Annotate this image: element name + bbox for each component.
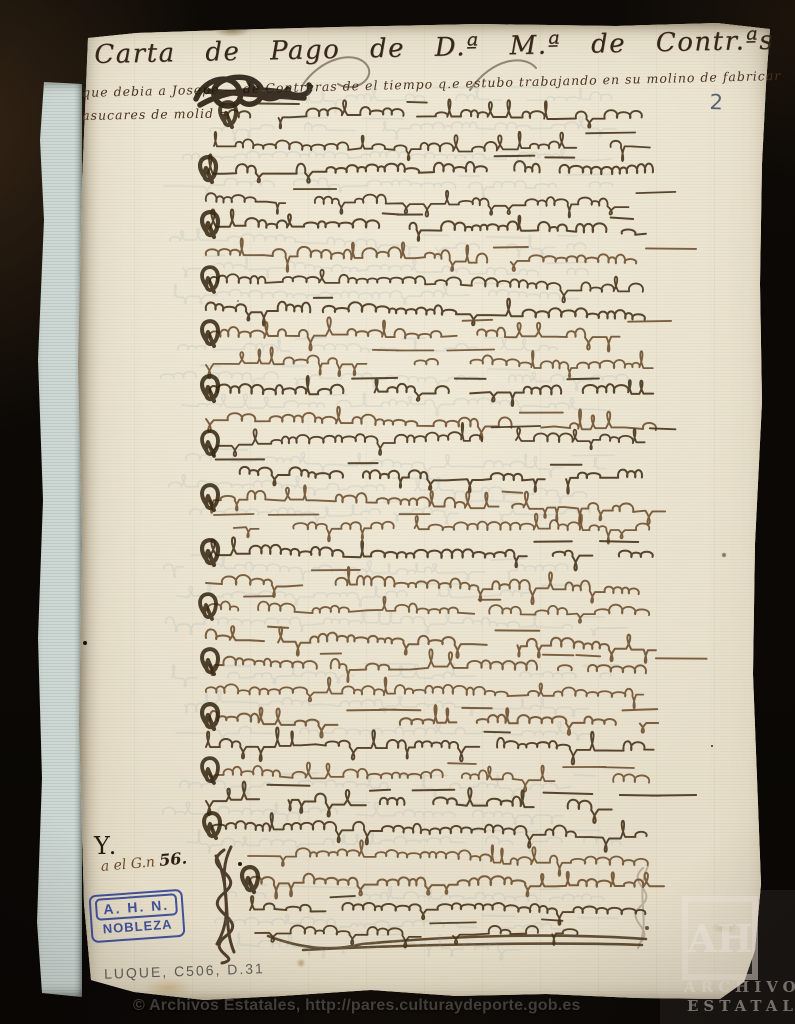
logo-initials-box: AH bbox=[682, 896, 758, 980]
ahn-nobleza-stamp: A. H. N. NOBLEZA bbox=[88, 889, 185, 943]
copyright-watermark: © Archivos Estatales, http://pares.cultu… bbox=[133, 997, 581, 1015]
page-number: 2 bbox=[709, 90, 723, 114]
margin-note-number: 56. bbox=[158, 848, 187, 869]
logo-text-archivos: ARCHIVOS bbox=[684, 978, 795, 996]
ink-specks bbox=[0, 0, 2, 2]
binding-strip bbox=[36, 82, 87, 997]
archive-scan: Carta de Pago de D.ª M.ª de Contr.ªs que… bbox=[0, 0, 795, 1024]
header-note-line2: asucares de molid = bbox=[82, 105, 231, 123]
archivos-logo-watermark: AH ARCHIVOS ESTATALES bbox=[660, 890, 795, 1024]
logo-initials: AH bbox=[687, 916, 752, 961]
logo-text-estatales: ESTATALES bbox=[687, 997, 795, 1015]
